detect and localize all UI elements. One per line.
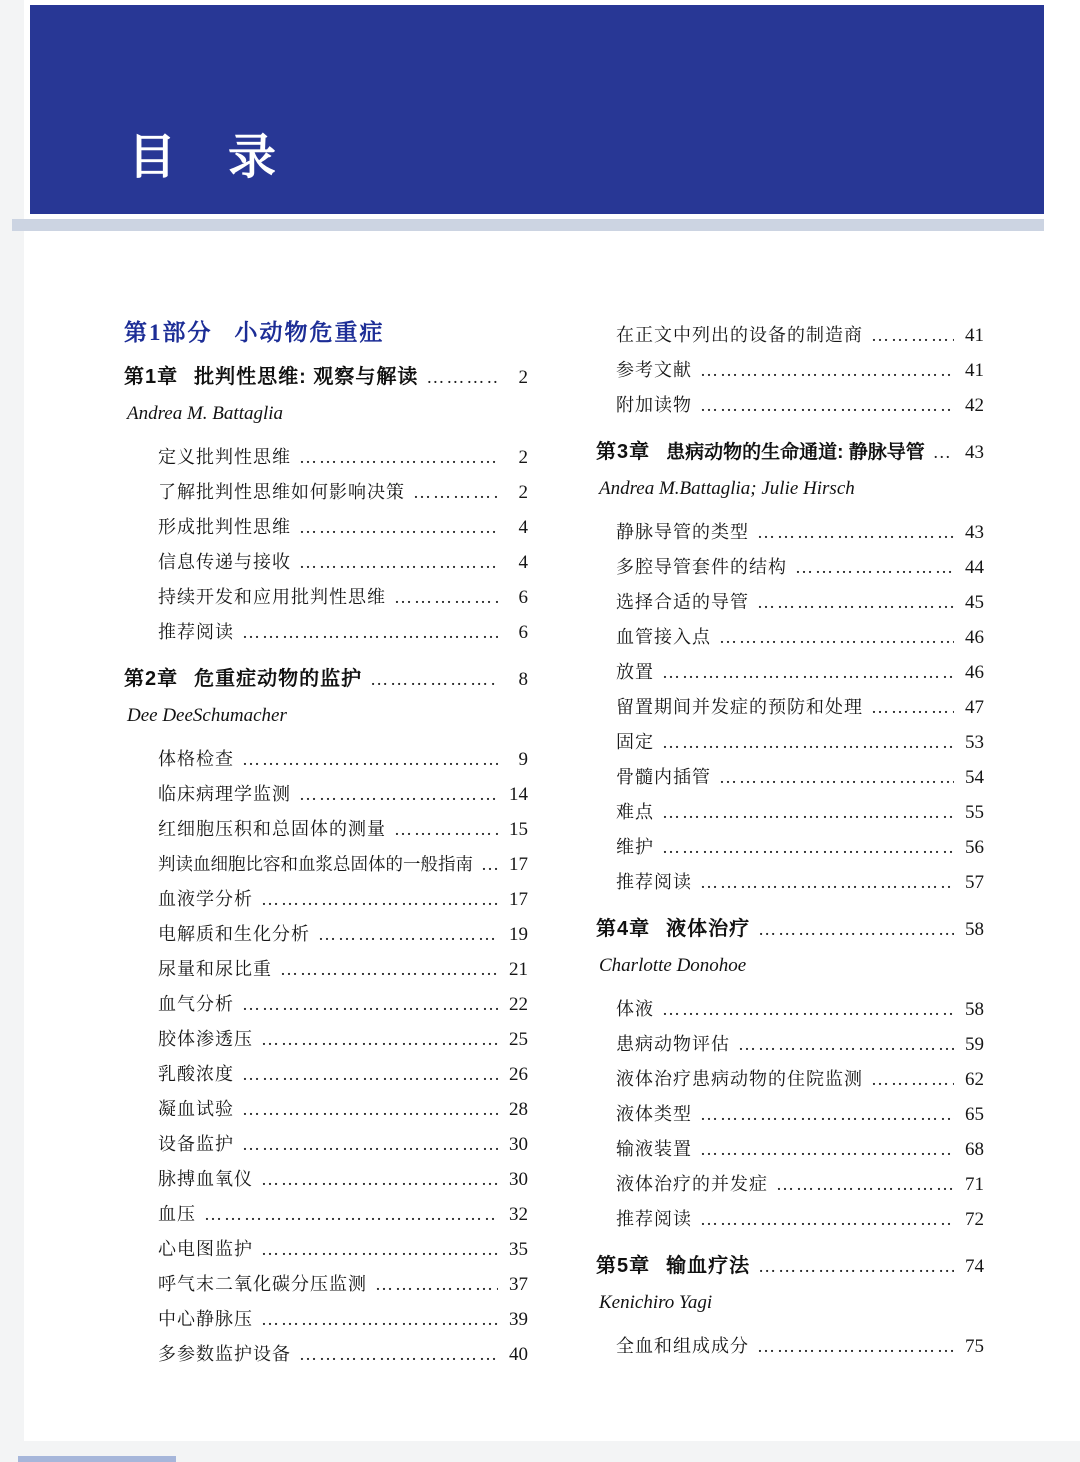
page-number: 56 bbox=[954, 830, 984, 865]
toc-entry-row: 血气分析………………………………………………………………………………………………… bbox=[124, 987, 528, 1022]
chapter-title: 输血疗法 bbox=[666, 1253, 750, 1279]
page-number: 57 bbox=[954, 865, 984, 900]
entry-title: 留置期间并发症的预防和处理 bbox=[616, 690, 863, 725]
dot-leader: …………………………………………………………………………………………………………… bbox=[787, 550, 954, 585]
page-title: 目 录 bbox=[128, 118, 278, 187]
toc-entry-row: 推荐阅读………………………………………………………………………………………………… bbox=[596, 865, 984, 900]
entry-title: 了解批判性思维如何影响决策 bbox=[158, 475, 405, 510]
dot-leader: …………………………………………………………………………………………………………… bbox=[253, 1232, 498, 1267]
toc-entry-row: 信息传递与接收………………………………………………………………………………………… bbox=[124, 545, 528, 580]
page-number: 71 bbox=[954, 1167, 984, 1202]
page-number: 35 bbox=[498, 1232, 528, 1267]
entry-title: 定义批判性思维 bbox=[158, 440, 291, 475]
page-number: 2 bbox=[498, 475, 528, 510]
dot-leader: …………………………………………………………………………………………………………… bbox=[654, 795, 954, 830]
toc-entry-row: 胶体渗透压……………………………………………………………………………………………… bbox=[124, 1022, 528, 1057]
toc-entry-row: 血液学分析……………………………………………………………………………………………… bbox=[124, 882, 528, 917]
toc-entry-row: 临床病理学监测………………………………………………………………………………………… bbox=[124, 777, 528, 812]
dot-leader: …………………………………………………………………………………………………………… bbox=[386, 580, 498, 615]
entry-title: 红细胞压积和总固体的测量 bbox=[158, 812, 386, 847]
dot-leader: …………………………………………………………………………………………………………… bbox=[863, 690, 954, 725]
toc-entry-row: 形成批判性思维………………………………………………………………………………………… bbox=[124, 510, 528, 545]
chapter-title: 患病动物的生命通道: 静脉导管 bbox=[666, 440, 925, 466]
chapter-title: 危重症动物的监护 bbox=[194, 666, 362, 692]
page-number: 14 bbox=[498, 777, 528, 812]
page-number: 46 bbox=[954, 655, 984, 690]
dot-leader: …………………………………………………………………………………………………………… bbox=[291, 545, 498, 580]
chapter-row: 第2章危重症动物的监护……………………………………………………………………………… bbox=[124, 666, 528, 693]
page-number: 65 bbox=[954, 1097, 984, 1132]
toc-entry-row: 多腔导管套件的结构…………………………………………………………………………………… bbox=[596, 550, 984, 585]
page-number: 21 bbox=[498, 952, 528, 987]
entry-title: 患病动物评估 bbox=[616, 1027, 730, 1062]
dot-leader: …………………………………………………………………………………………………………… bbox=[711, 620, 954, 655]
toc-entry-row: 设备监护………………………………………………………………………………………………… bbox=[124, 1127, 528, 1162]
dot-leader: …………………………………………………………………………………………………………… bbox=[692, 1097, 954, 1132]
dot-leader: …………………………………………………………………………………………………………… bbox=[654, 725, 954, 760]
toc-entry-row: 体液……………………………………………………………………………………………………… bbox=[596, 992, 984, 1027]
toc-column-left: 第1部分小动物危重症第1章批判性思维: 观察与解读………………………………………… bbox=[124, 318, 528, 1372]
page-number: 43 bbox=[954, 440, 984, 466]
toc-entry-row: 选择合适的导管………………………………………………………………………………………… bbox=[596, 585, 984, 620]
entry-title: 心电图监护 bbox=[158, 1232, 253, 1267]
toc-entry-row: 推荐阅读………………………………………………………………………………………………… bbox=[596, 1202, 984, 1237]
page-number: 47 bbox=[954, 690, 984, 725]
entry-title: 中心静脉压 bbox=[158, 1302, 253, 1337]
toc-entry-row: 参考文献………………………………………………………………………………………………… bbox=[596, 353, 984, 388]
chapter-label: 第2章 bbox=[124, 666, 178, 692]
page-number: 58 bbox=[954, 992, 984, 1027]
toc-entry-row: 维护……………………………………………………………………………………………………… bbox=[596, 830, 984, 865]
toc-entry-row: 液体治疗患病动物的住院监测………………………………………………………………………… bbox=[596, 1062, 984, 1097]
toc-entry-row: 血压……………………………………………………………………………………………………… bbox=[124, 1197, 528, 1232]
page-number: 40 bbox=[498, 1337, 528, 1372]
dot-leader: …………………………………………………………………………………………………………… bbox=[386, 812, 498, 847]
toc-entry-row: 患病动物评估…………………………………………………………………………………………… bbox=[596, 1027, 984, 1062]
header-accent-strip bbox=[12, 219, 1044, 231]
dot-leader: …………………………………………………………………………………………………………… bbox=[234, 1057, 498, 1092]
dot-leader: …………………………………………………………………………………………………………… bbox=[367, 1267, 498, 1302]
dot-leader: …………………………………………………………………………………………………………… bbox=[291, 510, 498, 545]
dot-leader: …………………………………………………………………………………………………………… bbox=[654, 655, 954, 690]
toc-entry-row: 血管接入点……………………………………………………………………………………………… bbox=[596, 620, 984, 655]
next-page-band-sliver bbox=[18, 1456, 176, 1462]
entry-title: 推荐阅读 bbox=[616, 1202, 692, 1237]
part-title: 小动物危重症 bbox=[235, 320, 385, 345]
author-line: Andrea M.Battaglia; Julie Hirsch bbox=[599, 476, 984, 501]
toc-entry-row: 难点……………………………………………………………………………………………………… bbox=[596, 795, 984, 830]
entry-title: 信息传递与接收 bbox=[158, 545, 291, 580]
toc-entry-row: 留置期间并发症的预防和处理………………………………………………………………………… bbox=[596, 690, 984, 725]
entry-title: 选择合适的导管 bbox=[616, 585, 749, 620]
entry-title: 液体类型 bbox=[616, 1097, 692, 1132]
entry-title: 呼气末二氧化碳分压监测 bbox=[158, 1267, 367, 1302]
dot-leader: …………………………………………………………………………………………………………… bbox=[272, 952, 498, 987]
toc-entry-row: 判读血细胞比容和血浆总固体的一般指南…………………………………………………………… bbox=[124, 847, 528, 882]
chapter-label: 第3章 bbox=[596, 439, 650, 465]
page-number: 37 bbox=[498, 1267, 528, 1302]
dot-leader: …………………………………………………………………………………………………………… bbox=[730, 1027, 954, 1062]
page-number: 6 bbox=[498, 580, 528, 615]
dot-leader: …………………………………………………………………………………………………………… bbox=[234, 742, 498, 777]
page-number: 25 bbox=[498, 1022, 528, 1057]
page-number: 6 bbox=[498, 615, 528, 650]
chapter-title: 批判性思维: 观察与解读 bbox=[194, 364, 418, 390]
entry-title: 维护 bbox=[616, 830, 654, 865]
entry-title: 形成批判性思维 bbox=[158, 510, 291, 545]
page-number: 30 bbox=[498, 1162, 528, 1197]
entry-title: 输液装置 bbox=[616, 1132, 692, 1167]
page-number: 9 bbox=[498, 742, 528, 777]
entry-title: 血压 bbox=[158, 1197, 196, 1232]
chapter-row: 第5章输血疗法………………………………………………………………………………………… bbox=[596, 1253, 984, 1280]
entry-title: 推荐阅读 bbox=[158, 615, 234, 650]
toc-column-right: 在正文中列出的设备的制造商………………………………………………………………………… bbox=[596, 318, 984, 1364]
dot-leader: …………………………………………………………………………………………………………… bbox=[750, 1253, 954, 1279]
page-number: 58 bbox=[954, 917, 984, 943]
dot-leader: …………………………………………………………………………………………………………… bbox=[362, 666, 498, 692]
chapter-label: 第4章 bbox=[596, 916, 650, 942]
dot-leader: …………………………………………………………………………………………………………… bbox=[692, 353, 954, 388]
entry-title: 血气分析 bbox=[158, 987, 234, 1022]
dot-leader: …………………………………………………………………………………………………………… bbox=[749, 1329, 954, 1364]
dot-leader: …………………………………………………………………………………………………………… bbox=[711, 760, 954, 795]
page-number: 2 bbox=[498, 440, 528, 475]
chapter-row: 第4章液体治疗………………………………………………………………………………………… bbox=[596, 916, 984, 943]
page-number: 17 bbox=[498, 847, 528, 882]
toc-entry-row: 输液装置………………………………………………………………………………………………… bbox=[596, 1132, 984, 1167]
toc-entry-row: 推荐阅读………………………………………………………………………………………………… bbox=[124, 615, 528, 650]
entry-title: 推荐阅读 bbox=[616, 865, 692, 900]
page-number: 15 bbox=[498, 812, 528, 847]
page-number: 55 bbox=[954, 795, 984, 830]
page-number: 19 bbox=[498, 917, 528, 952]
toc-entry-row: 中心静脉压……………………………………………………………………………………………… bbox=[124, 1302, 528, 1337]
dot-leader: …………………………………………………………………………………………………………… bbox=[418, 364, 498, 390]
toc-entry-row: 全血和组成成分………………………………………………………………………………………… bbox=[596, 1329, 984, 1364]
dot-leader: …………………………………………………………………………………………………………… bbox=[749, 515, 954, 550]
dot-leader: …………………………………………………………………………………………………………… bbox=[692, 1132, 954, 1167]
dot-leader: …………………………………………………………………………………………………………… bbox=[253, 882, 498, 917]
dot-leader: …………………………………………………………………………………………………………… bbox=[405, 475, 498, 510]
entry-title: 设备监护 bbox=[158, 1127, 234, 1162]
toc-entry-row: 在正文中列出的设备的制造商………………………………………………………………………… bbox=[596, 318, 984, 353]
entry-title: 静脉导管的类型 bbox=[616, 515, 749, 550]
dot-leader: …………………………………………………………………………………………………………… bbox=[234, 987, 498, 1022]
chapter-label: 第1章 bbox=[124, 364, 178, 390]
dot-leader: …………………………………………………………………………………………………………… bbox=[692, 865, 954, 900]
entry-title: 液体治疗的并发症 bbox=[616, 1167, 768, 1202]
toc-entry-row: 持续开发和应用批判性思维…………………………………………………………………………… bbox=[124, 580, 528, 615]
toc-entry-row: 骨髓内插管……………………………………………………………………………………………… bbox=[596, 760, 984, 795]
dot-leader: …………………………………………………………………………………………………………… bbox=[253, 1022, 498, 1057]
page-number: 43 bbox=[954, 515, 984, 550]
author-line: Charlotte Donohoe bbox=[599, 953, 984, 978]
page-number: 17 bbox=[498, 882, 528, 917]
toc-entry-row: 液体类型………………………………………………………………………………………………… bbox=[596, 1097, 984, 1132]
toc-entry-row: 尿量和尿比重…………………………………………………………………………………………… bbox=[124, 952, 528, 987]
entry-title: 尿量和尿比重 bbox=[158, 952, 272, 987]
entry-title: 附加读物 bbox=[616, 388, 692, 423]
part-label: 第1部分 bbox=[124, 320, 213, 345]
entry-title: 全血和组成成分 bbox=[616, 1329, 749, 1364]
entry-title: 在正文中列出的设备的制造商 bbox=[616, 318, 863, 353]
toc-entry-row: 定义批判性思维………………………………………………………………………………………… bbox=[124, 440, 528, 475]
entry-title: 电解质和生化分析 bbox=[158, 917, 310, 952]
dot-leader: …………………………………………………………………………………………………………… bbox=[196, 1197, 498, 1232]
page-number: 72 bbox=[954, 1202, 984, 1237]
entry-title: 脉搏血氧仪 bbox=[158, 1162, 253, 1197]
page-number: 46 bbox=[954, 620, 984, 655]
page-number: 45 bbox=[954, 585, 984, 620]
entry-title: 体液 bbox=[616, 992, 654, 1027]
entry-title: 体格检查 bbox=[158, 742, 234, 777]
entry-title: 放置 bbox=[616, 655, 654, 690]
toc-entry-row: 脉搏血氧仪……………………………………………………………………………………………… bbox=[124, 1162, 528, 1197]
toc-entry-row: 放置……………………………………………………………………………………………………… bbox=[596, 655, 984, 690]
page-number: 4 bbox=[498, 545, 528, 580]
dot-leader: …………………………………………………………………………………………………………… bbox=[925, 439, 954, 465]
part-heading: 第1部分小动物危重症 bbox=[124, 318, 528, 348]
chapter-title: 液体治疗 bbox=[666, 916, 750, 942]
page-number: 39 bbox=[498, 1302, 528, 1337]
page-number: 53 bbox=[954, 725, 984, 760]
entry-title: 参考文献 bbox=[616, 353, 692, 388]
entry-title: 固定 bbox=[616, 725, 654, 760]
page-number: 28 bbox=[498, 1092, 528, 1127]
toc-entry-row: 了解批判性思维如何影响决策………………………………………………………………………… bbox=[124, 475, 528, 510]
dot-leader: …………………………………………………………………………………………………………… bbox=[253, 1302, 498, 1337]
entry-title: 血液学分析 bbox=[158, 882, 253, 917]
toc-entry-row: 固定……………………………………………………………………………………………………… bbox=[596, 725, 984, 760]
chapter-row: 第3章患病动物的生命通道: 静脉导管…………………………………………………………… bbox=[596, 439, 984, 466]
toc-entry-row: 凝血试验………………………………………………………………………………………………… bbox=[124, 1092, 528, 1127]
page-number: 41 bbox=[954, 353, 984, 388]
page-number: 32 bbox=[498, 1197, 528, 1232]
chapter-label: 第5章 bbox=[596, 1253, 650, 1279]
toc-entry-row: 体格检查………………………………………………………………………………………………… bbox=[124, 742, 528, 777]
page-number: 75 bbox=[954, 1329, 984, 1364]
author-line: Andrea M. Battaglia bbox=[127, 401, 528, 426]
toc-entry-row: 乳酸浓度………………………………………………………………………………………………… bbox=[124, 1057, 528, 1092]
page-number: 41 bbox=[954, 318, 984, 353]
dot-leader: …………………………………………………………………………………………………………… bbox=[692, 388, 954, 423]
page-number: 2 bbox=[498, 365, 528, 391]
page-number: 59 bbox=[954, 1027, 984, 1062]
page-number: 26 bbox=[498, 1057, 528, 1092]
entry-title: 多参数监护设备 bbox=[158, 1337, 291, 1372]
toc-entry-row: 多参数监护设备………………………………………………………………………………………… bbox=[124, 1337, 528, 1372]
page-number: 68 bbox=[954, 1132, 984, 1167]
entry-title: 液体治疗患病动物的住院监测 bbox=[616, 1062, 863, 1097]
page-number: 30 bbox=[498, 1127, 528, 1162]
toc-entry-row: 液体治疗的并发症……………………………………………………………………………………… bbox=[596, 1167, 984, 1202]
chapter-row: 第1章批判性思维: 观察与解读…………………………………………………………………… bbox=[124, 364, 528, 391]
entry-title: 多腔导管套件的结构 bbox=[616, 550, 787, 585]
dot-leader: …………………………………………………………………………………………………………… bbox=[234, 1092, 498, 1127]
author-line: Dee DeeSchumacher bbox=[127, 703, 528, 728]
dot-leader: …………………………………………………………………………………………………………… bbox=[310, 917, 498, 952]
toc-entry-row: 附加读物………………………………………………………………………………………………… bbox=[596, 388, 984, 423]
page-number: 22 bbox=[498, 987, 528, 1022]
dot-leader: …………………………………………………………………………………………………………… bbox=[692, 1202, 954, 1237]
dot-leader: …………………………………………………………………………………………………………… bbox=[750, 916, 954, 942]
dot-leader: …………………………………………………………………………………………………………… bbox=[654, 830, 954, 865]
toc-entry-row: 红细胞压积和总固体的测量…………………………………………………………………………… bbox=[124, 812, 528, 847]
entry-title: 判读血细胞比容和血浆总固体的一般指南 bbox=[158, 847, 473, 882]
toc-entry-row: 静脉导管的类型………………………………………………………………………………………… bbox=[596, 515, 984, 550]
toc-entry-row: 呼气末二氧化碳分压监测……………………………………………………………………………… bbox=[124, 1267, 528, 1302]
dot-leader: …………………………………………………………………………………………………………… bbox=[768, 1167, 954, 1202]
page-number: 62 bbox=[954, 1062, 984, 1097]
dot-leader: …………………………………………………………………………………………………………… bbox=[291, 440, 498, 475]
dot-leader: …………………………………………………………………………………………………………… bbox=[291, 777, 498, 812]
page-number: 4 bbox=[498, 510, 528, 545]
toc-entry-row: 电解质和生化分析……………………………………………………………………………………… bbox=[124, 917, 528, 952]
entry-title: 临床病理学监测 bbox=[158, 777, 291, 812]
dot-leader: …………………………………………………………………………………………………………… bbox=[749, 585, 954, 620]
dot-leader: …………………………………………………………………………………………………………… bbox=[863, 318, 954, 353]
entry-title: 血管接入点 bbox=[616, 620, 711, 655]
dot-leader: …………………………………………………………………………………………………………… bbox=[863, 1062, 954, 1097]
entry-title: 凝血试验 bbox=[158, 1092, 234, 1127]
toc-entry-row: 心电图监护……………………………………………………………………………………………… bbox=[124, 1232, 528, 1267]
entry-title: 难点 bbox=[616, 795, 654, 830]
page-number: 74 bbox=[954, 1254, 984, 1280]
page-number: 42 bbox=[954, 388, 984, 423]
dot-leader: …………………………………………………………………………………………………………… bbox=[234, 615, 498, 650]
entry-title: 乳酸浓度 bbox=[158, 1057, 234, 1092]
entry-title: 持续开发和应用批判性思维 bbox=[158, 580, 386, 615]
dot-leader: …………………………………………………………………………………………………………… bbox=[291, 1337, 498, 1372]
dot-leader: …………………………………………………………………………………………………………… bbox=[253, 1162, 498, 1197]
page-number: 54 bbox=[954, 760, 984, 795]
entry-title: 胶体渗透压 bbox=[158, 1022, 253, 1057]
dot-leader: …………………………………………………………………………………………………………… bbox=[654, 992, 954, 1027]
author-line: Kenichiro Yagi bbox=[599, 1290, 984, 1315]
entry-title: 骨髓内插管 bbox=[616, 760, 711, 795]
page-number: 8 bbox=[498, 667, 528, 693]
page-number: 44 bbox=[954, 550, 984, 585]
toc-page: 目 录 第1部分小动物危重症第1章批判性思维: 观察与解读……………………………… bbox=[0, 0, 1080, 1462]
dot-leader: …………………………………………………………………………………………………………… bbox=[473, 847, 498, 882]
dot-leader: …………………………………………………………………………………………………………… bbox=[234, 1127, 498, 1162]
